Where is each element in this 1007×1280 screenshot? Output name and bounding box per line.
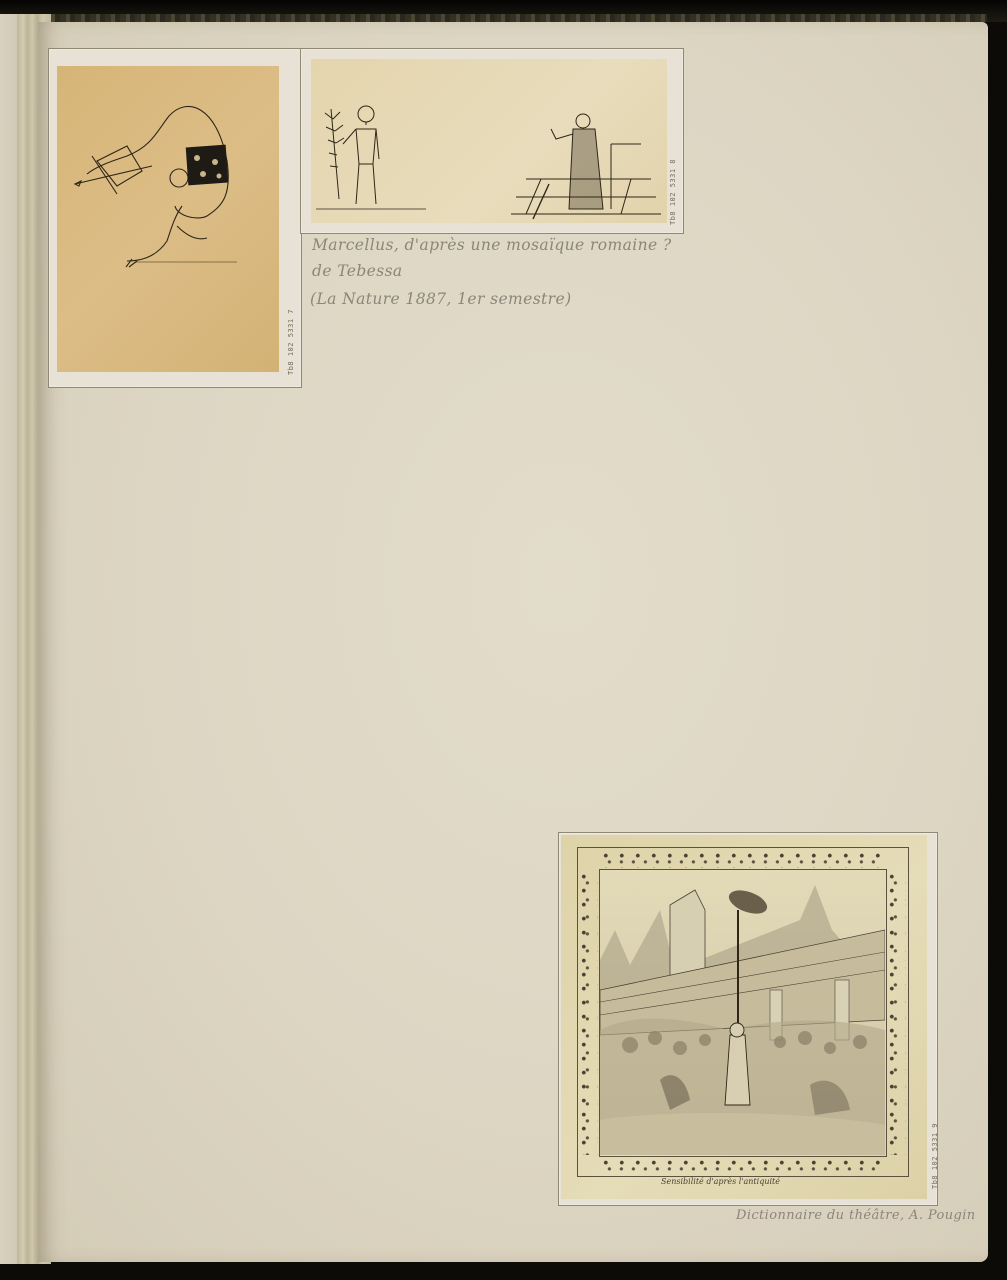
album-page: Tb8 102 5331 7 Tb8 102 5331 8 <box>38 22 988 1262</box>
vine-border-top <box>601 850 883 868</box>
vine-border-bottom <box>601 1157 883 1174</box>
drawing-3-inscription: Sensibilité d'après l'antiquité <box>661 1177 780 1186</box>
acrobat-archer-drawing <box>57 66 279 372</box>
caption-line-3: (La Nature 1887, 1er semestre) <box>310 290 572 308</box>
vine-border-right <box>887 871 906 1155</box>
caption-line-1: Marcellus, d'après une mosaïque romaine … <box>312 236 672 254</box>
inventory-label-2: Tb8 102 5331 8 <box>669 159 677 225</box>
gilt-edge <box>30 14 987 22</box>
book-top-edge <box>0 0 1007 22</box>
drawing-2-paper <box>311 59 667 223</box>
caption-bottom: Dictionnaire du théâtre, A. Pougin <box>736 1208 976 1223</box>
mount-drawing-2: Tb8 102 5331 8 <box>300 48 684 234</box>
mosaic-figures-drawing <box>311 59 667 223</box>
drawing-3-paper: Sensibilité d'après l'antiquité <box>561 835 927 1199</box>
caption-line-2: de Tebessa <box>312 262 403 280</box>
inventory-label-3: Tb8 102 5331 9 <box>931 1123 939 1189</box>
inventory-label-1: Tb8 102 5331 7 <box>287 309 295 375</box>
mount-drawing-3: Sensibilité d'après l'antiquité Tb8 102 … <box>558 832 938 1206</box>
mount-drawing-1: Tb8 102 5331 7 <box>48 48 302 388</box>
drawing-1-paper <box>57 66 279 372</box>
acrobat-crowd-scene <box>600 870 885 1155</box>
vine-border-left <box>579 871 598 1155</box>
